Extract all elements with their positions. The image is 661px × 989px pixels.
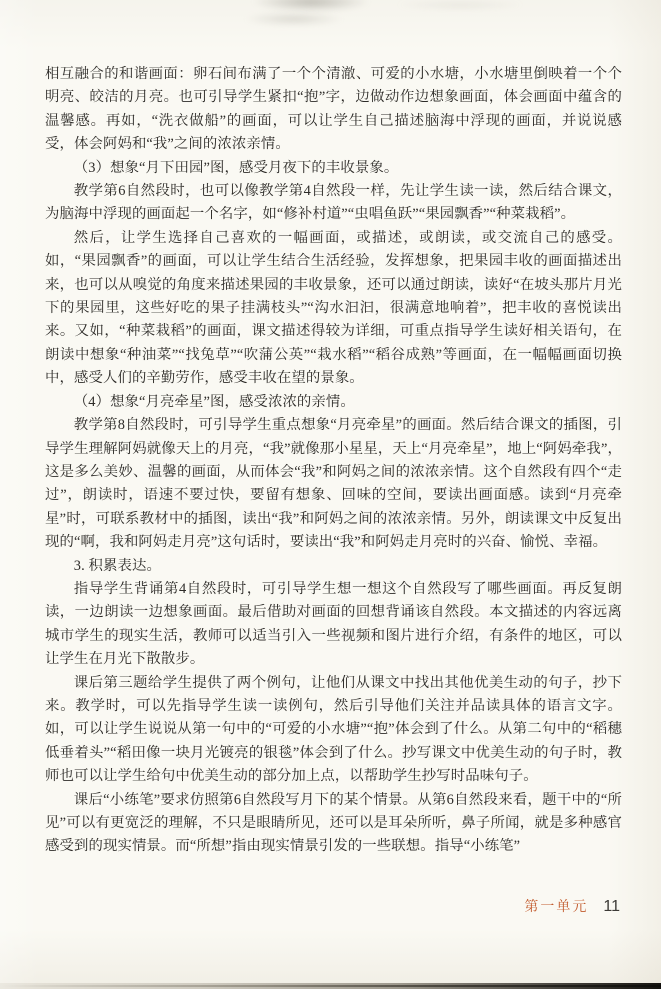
paragraph: 课后第三题给学生提供了两个例句，让他们从课文中找出其他优美生动的句子，抄下来。教… — [45, 672, 622, 789]
paragraph: 然后，让学生选择自己喜欢的一幅画面，或描述，或朗读，或交流自己的感受。如，“果园… — [45, 227, 622, 391]
paragraph: 相互融合的和谐画面：卵石间布满了一个个清澈、可爱的小水塘，小水塘里倒映着一个个明… — [45, 63, 622, 157]
scan-bottom-edge-shadow — [0, 983, 661, 989]
paragraph: 3. 积累表达。 — [45, 555, 622, 578]
page-number: 11 — [603, 898, 620, 916]
paragraph: 指导学生背诵第4自然段时，可引导学生想一想这个自然段写了哪些画面。再反复朗读，一… — [45, 578, 622, 672]
paragraph: （4）想象“月亮牵星”图，感受浓浓的亲情。 — [45, 391, 622, 414]
scan-smudge-artifact — [395, 0, 525, 10]
paragraph: （3）想象“月下田园”图，感受月夜下的丰收景象。 — [45, 157, 622, 180]
book-page: 相互融合的和谐画面：卵石间布满了一个个清澈、可爱的小水塘，小水塘里倒映着一个个明… — [0, 0, 661, 989]
unit-label: 第一单元 — [524, 896, 588, 916]
scan-smudge-artifact — [252, 0, 370, 12]
scan-smudge-artifact — [244, 12, 344, 26]
page-text: 相互融合的和谐画面：卵石间布满了一个个清澈、可爱的小水塘，小水塘里倒映着一个个明… — [45, 63, 622, 859]
paragraph: 教学第8自然段时，可引导学生重点想象“月亮牵星”的画面。然后结合课文的插图，引导… — [45, 414, 622, 554]
paragraph: 教学第6自然段时，也可以像教学第4自然段一样，先让学生读一读，然后结合课文，为脑… — [45, 180, 622, 227]
paragraph: 课后“小练笔”要求仿照第6自然段写月下的某个情景。从第6自然段来看，题干中的“所… — [45, 789, 622, 859]
page-footer: 第一单元 11 — [524, 896, 620, 916]
scan-bottom-edge-line — [0, 985, 661, 987]
